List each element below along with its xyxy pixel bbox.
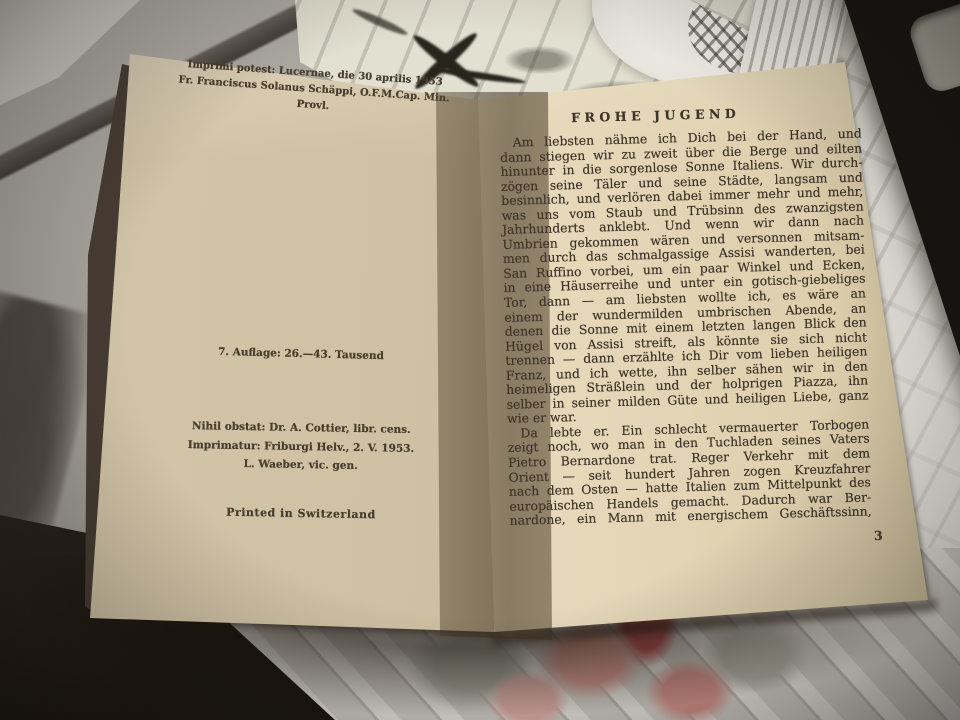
right-page-text: FROHE JUGEND Am liebsten nähme ich Dich … xyxy=(499,103,872,529)
page-number: 3 xyxy=(874,528,883,543)
body-paragraph-2: Da lebte er. Ein schlecht vermauerter To… xyxy=(507,417,872,528)
dark-object-cutout xyxy=(906,0,960,96)
nihil-obstat-block: Nihil obstat: Dr. A. Cottier, libr. cens… xyxy=(140,416,463,477)
body-paragraph-1: Am liebsten nähme ich Dich bei der Hand,… xyxy=(500,127,869,427)
photo-open-book: Imprimi potest: Lucernae, die 30 aprilis… xyxy=(0,0,960,720)
plant-stem xyxy=(351,6,409,38)
